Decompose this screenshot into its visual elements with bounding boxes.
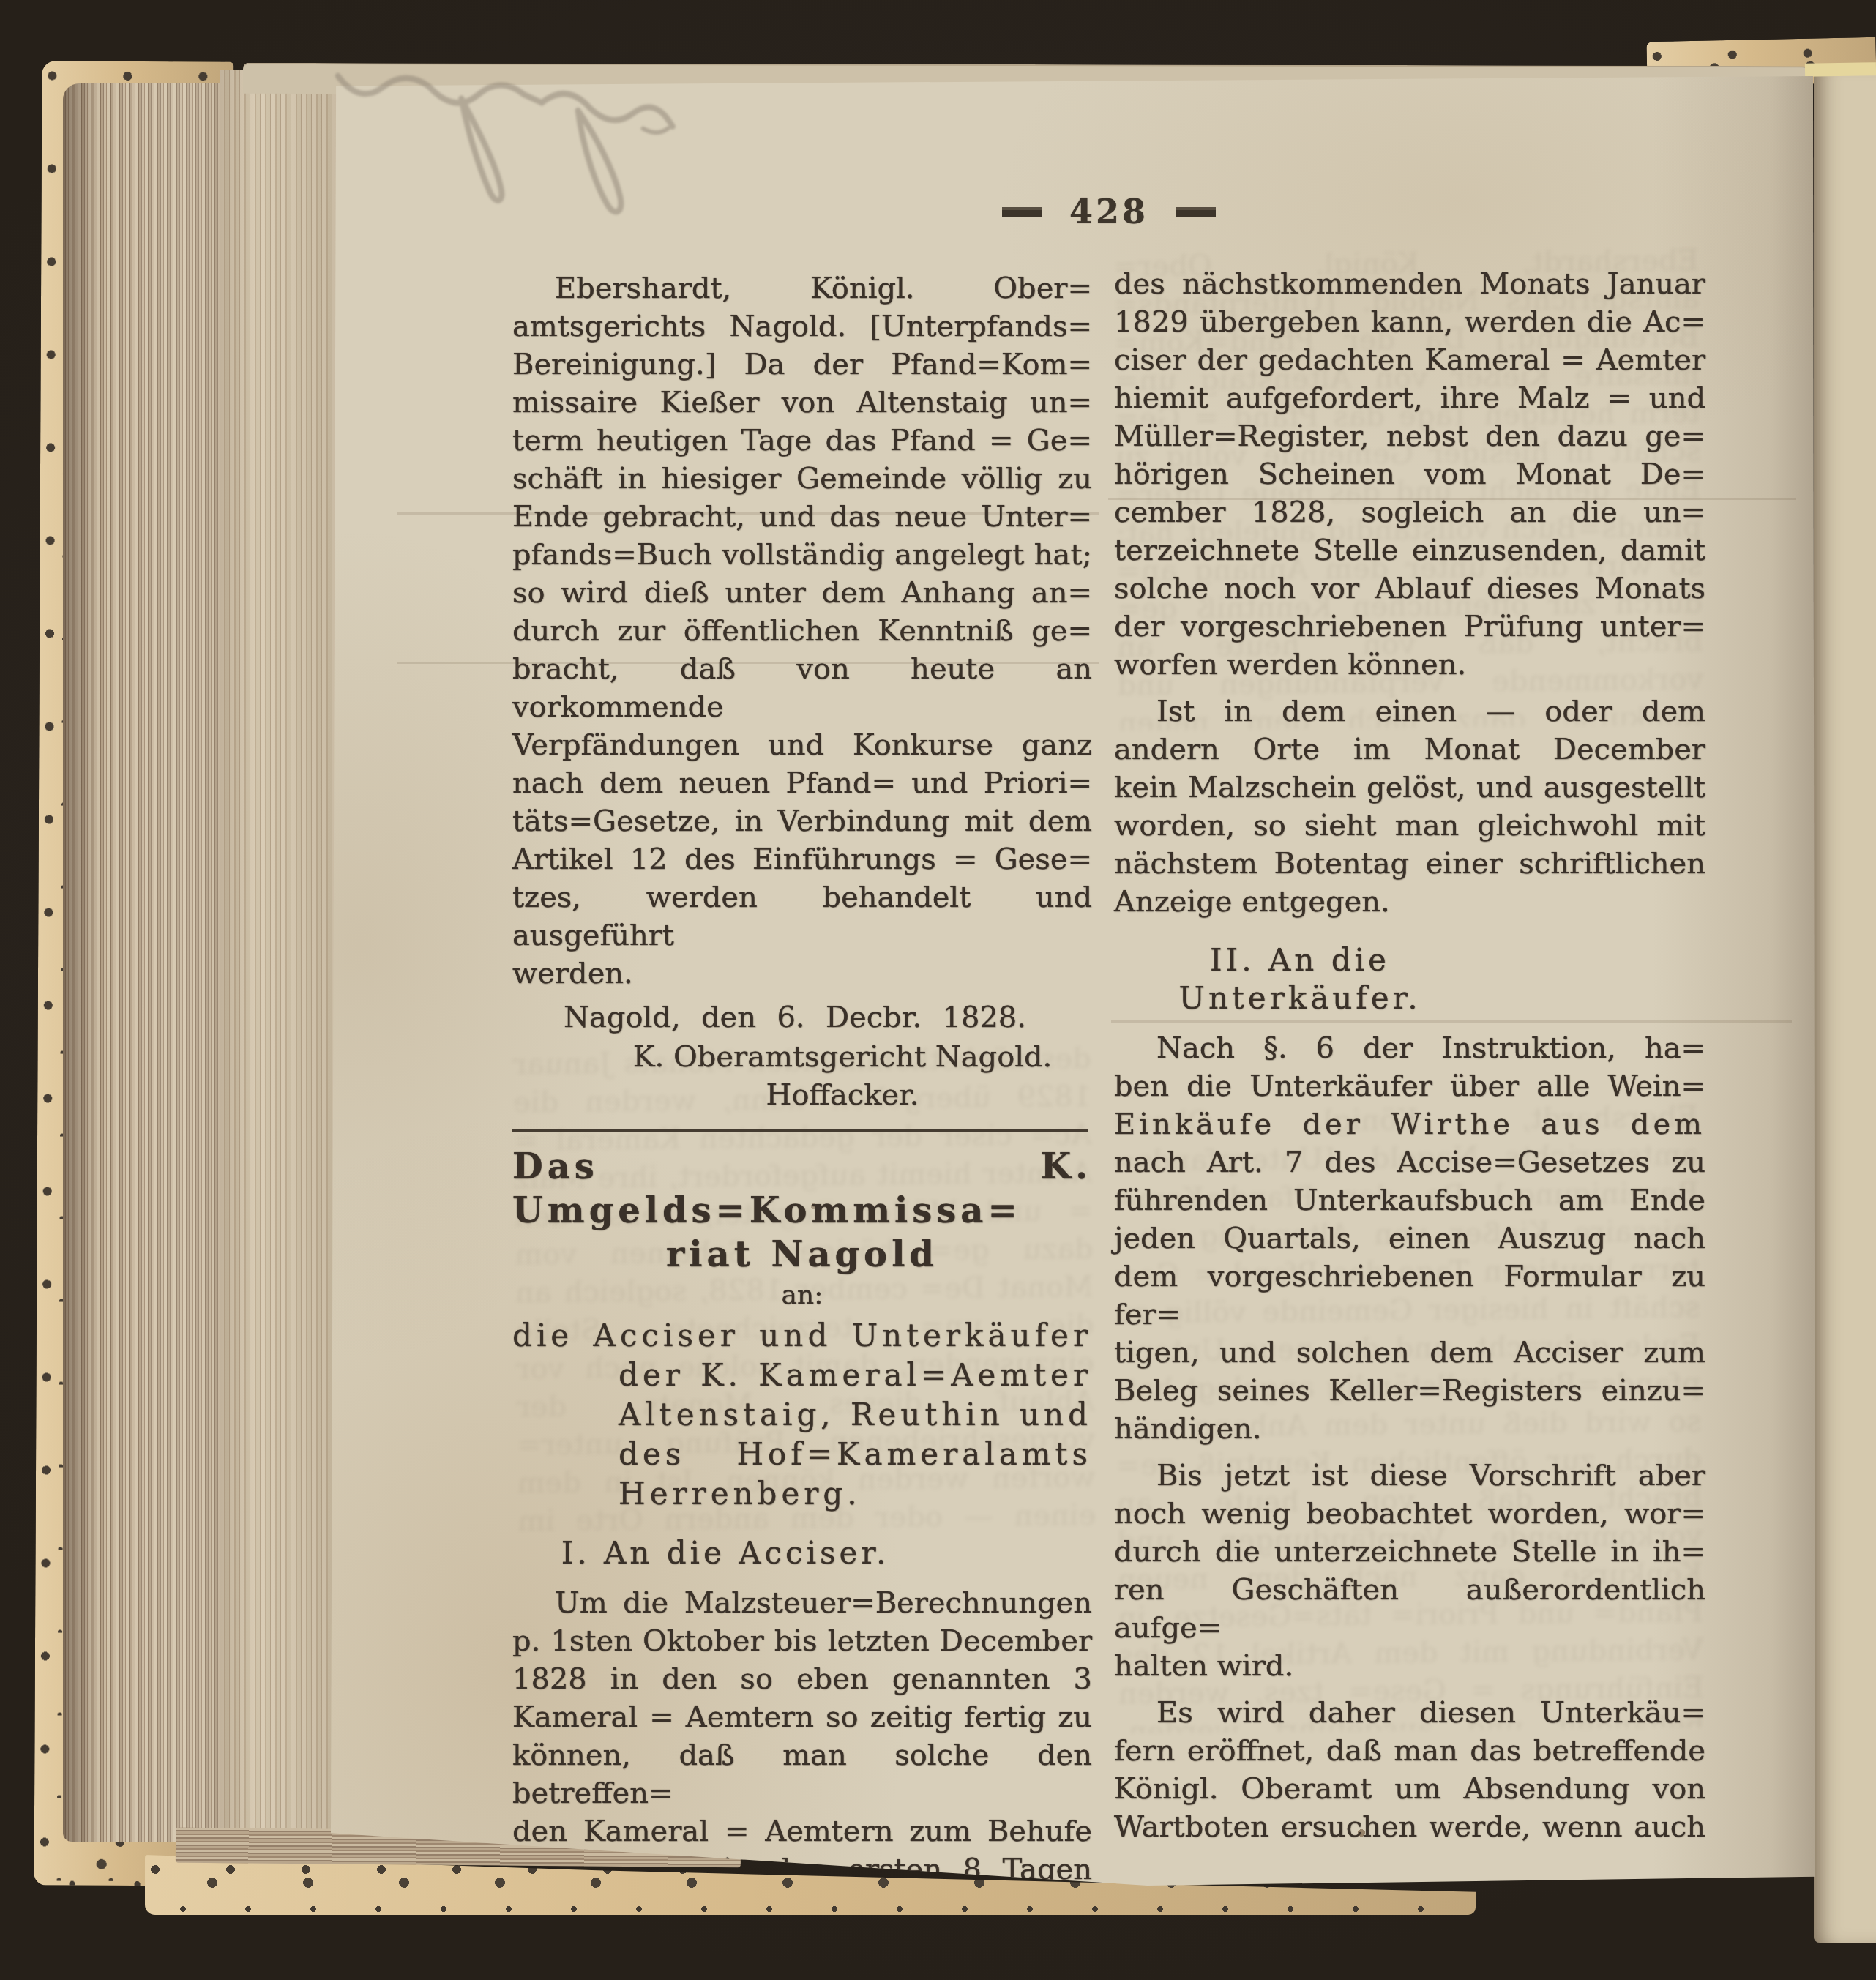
text-block-para: Es wird daher diesen Unterkäu=fern eröff… — [1114, 1694, 1705, 1846]
text-block-h2: I. An die Acciser. — [512, 1534, 1092, 1572]
text-line: der vorgeschriebenen Prüfung unter= — [1114, 608, 1705, 646]
text-block-para: Ebershardt, Königl. Ober=amtsgerichts Na… — [512, 269, 1092, 993]
text-line: ren Geschäften außerordentlich aufge= — [1114, 1571, 1705, 1647]
text-line: des nächstkommenden Monats Januar — [1114, 265, 1705, 303]
text-line: können, daß man solche den betreffen= — [512, 1736, 1092, 1812]
text-line: Beleg seines Keller=Registers einzu= — [1114, 1372, 1705, 1410]
header-right-dash — [1176, 207, 1216, 217]
text-line: cember 1828, sogleich an die un= — [1114, 493, 1705, 531]
text-line: kein Malzschein gelöst, und ausgestellt — [1114, 769, 1705, 807]
text-line: werden. — [512, 954, 1092, 993]
text-line: dem vorgeschriebenen Formular zu fer= — [1114, 1258, 1705, 1334]
text-line: täts=Gesetze, in Verbindung mit dem — [512, 802, 1092, 840]
text-line: terzeichnete Stelle einzusenden, damit — [1114, 531, 1705, 569]
text-line: Ist in dem einen — oder dem — [1114, 692, 1705, 731]
text-line: missaire Kießer von Altenstaig un= — [512, 384, 1092, 422]
text-block-para: Nach §. 6 der Instruktion, ha=ben die Un… — [1114, 1029, 1705, 1448]
text-block-h2: II. An die Unterkäufer. — [1114, 941, 1705, 1017]
handwriting-ink-bleed — [321, 48, 694, 217]
text-line: tigen, und solchen dem Acciser zum — [1114, 1334, 1705, 1372]
text-line: ciser der gedachten Kameral = Aemter — [1114, 341, 1705, 379]
text-line: Hoffacker. — [593, 1076, 1092, 1114]
text-line: ben die Unterkäufer über alle Wein= — [1114, 1067, 1705, 1105]
column-divider-rule — [512, 1129, 1088, 1132]
text-line: Ende gebracht, und das neue Unter= — [512, 498, 1092, 536]
text-line: I. An die Acciser. — [512, 1534, 938, 1572]
text-line: pfands=Buch vollständig angelegt hat; — [512, 536, 1092, 574]
text-line: bracht, daß von heute an vorkommende — [512, 650, 1092, 726]
text-line: term heutigen Tage das Pfand = Ge= — [512, 422, 1092, 460]
text-line: worfen werden können. — [1114, 646, 1705, 684]
page-header: 428 — [937, 186, 1281, 237]
text-line: worden, so sieht man gleichwohl mit — [1114, 807, 1705, 845]
text-line: die Acciser und Unterkäufer — [512, 1316, 1092, 1356]
text-block-para: Bis jetzt ist diese Vorschrift abernoch … — [1114, 1457, 1705, 1685]
text-line: den Kameral = Aemtern zum Behufe — [512, 1812, 1092, 1850]
text-column-left: Ebershardt, Königl. Ober=amtsgerichts Na… — [512, 269, 1092, 1886]
page-number: 428 — [1069, 192, 1148, 231]
text-line: Kameral = Aemtern so zeitig fertig zu — [512, 1698, 1092, 1736]
text-line: riat Nagold — [512, 1233, 1092, 1277]
text-line: so wird dieß unter dem Anhang an= — [512, 574, 1092, 612]
text-line: Verpfändungen und Konkurse ganz — [512, 726, 1092, 764]
text-line: hörigen Scheinen vom Monat De= — [1114, 455, 1705, 493]
text-line: hiemit aufgefordert, ihre Malz = und — [1114, 379, 1705, 417]
text-block-para: Um die Malzsteuer=Berechnungenp. 1sten O… — [512, 1584, 1092, 1886]
facing-page-gutter — [1814, 67, 1876, 1943]
text-line: Nach §. 6 der Instruktion, ha= — [1114, 1029, 1705, 1067]
text-line: tzes, werden behandelt und ausgeführt — [512, 878, 1092, 954]
text-line: des Hof=Kameralamts — [619, 1435, 1092, 1474]
text-line: Altenstaig, Reuthin und — [619, 1395, 1092, 1435]
text-line: Wartboten ersuchen werde, wenn auch — [1114, 1808, 1705, 1846]
text-line: noch wenig beobachtet worden, wor= — [1114, 1495, 1705, 1533]
text-line: durch die unterzeichnete Stelle in ih= — [1114, 1533, 1705, 1571]
text-line: Das K. Umgelds=Kommissa= — [512, 1145, 1092, 1233]
text-line: nach Art. 7 des Accise=Gesetzes zu — [1114, 1143, 1705, 1181]
text-line: halten wird. — [1114, 1647, 1705, 1685]
text-line: II. An die Unterkäufer. — [1114, 941, 1486, 1017]
text-block-date: Nagold, den 6. Decbr. 1828. — [512, 998, 1092, 1036]
text-line: an: — [512, 1277, 1092, 1315]
text-line: Bereinigung.] Da der Pfand=Kom= — [512, 345, 1092, 384]
text-line: Einkäufe der Wirthe aus dem — [1114, 1105, 1705, 1143]
text-line: jeden Quartals, einen Auszug nach — [1114, 1219, 1705, 1258]
text-line: der K. Kameral=Aemter — [619, 1356, 1092, 1395]
text-line: andern Orte im Monat December — [1114, 731, 1705, 769]
text-line: Nagold, den 6. Decbr. 1828. — [512, 998, 1092, 1036]
text-line: K. Oberamtsgericht Nagold. — [593, 1038, 1092, 1076]
header-left-dash — [1002, 207, 1042, 217]
text-block-para: des nächstkommenden Monats Januar1829 üb… — [1114, 265, 1705, 684]
text-line: schäft in hiesiger Gemeinde völlig zu — [512, 460, 1092, 498]
book-page-428: des nächstkommenden Monats Januar 1829 ü… — [331, 76, 1815, 1886]
text-block-h1: Das K. Umgelds=Kommissa=riat Nagoldan: — [512, 1145, 1092, 1315]
text-line: Königl. Oberamt um Absendung von — [1114, 1770, 1705, 1808]
text-line: nächstem Botentag einer schriftlichen — [1114, 845, 1705, 883]
text-line: p. 1sten Oktober bis letzten December — [512, 1622, 1092, 1660]
stacked-page-edges — [220, 70, 348, 1845]
text-line: händigen. — [1114, 1410, 1705, 1448]
text-line: amtsgerichts Nagold. [Unterpfands= — [512, 307, 1092, 345]
text-block-addr: die Acciser und Unterkäuferder K. Kamera… — [512, 1316, 1092, 1514]
text-line: Herrenberg. — [619, 1474, 1092, 1514]
scanned-book-photo: des nächstkommenden Monats Januar 1829 ü… — [0, 0, 1876, 1980]
text-line: nach dem neuen Pfand= und Priori= — [512, 764, 1092, 802]
text-line: Bis jetzt ist diese Vorschrift aber — [1114, 1457, 1705, 1495]
page-surface: des nächstkommenden Monats Januar 1829 ü… — [331, 76, 1815, 1886]
text-line: durch zur öffentlichen Kenntniß ge= — [512, 612, 1092, 650]
text-line: solche noch vor Ablauf dieses Monats — [1114, 569, 1705, 608]
text-line: Es wird daher diesen Unterkäu= — [1114, 1694, 1705, 1732]
facing-page-top-edge — [1805, 62, 1876, 77]
text-line: führenden Unterkaufsbuch am Ende — [1114, 1181, 1705, 1219]
text-block-sig: K. Oberamtsgericht Nagold.Hoffacker. — [512, 1038, 1092, 1114]
text-line: Artikel 12 des Einführungs = Gese= — [512, 840, 1092, 878]
text-column-right: des nächstkommenden Monats Januar1829 üb… — [1114, 265, 1705, 1846]
text-line: 1828 in den so eben genannten 3 — [512, 1660, 1092, 1698]
text-block-para: Ist in dem einen — oder demandern Orte i… — [1114, 692, 1705, 921]
text-line: 1829 übergeben kann, werden die Ac= — [1114, 303, 1705, 341]
text-line: Ebershardt, Königl. Ober= — [512, 269, 1092, 307]
text-line: fern eröffnet, daß man das betreffende — [1114, 1732, 1705, 1770]
text-line: Müller=Register, nebst den dazu ge= — [1114, 417, 1705, 455]
text-line: Um die Malzsteuer=Berechnungen — [512, 1584, 1092, 1622]
text-line: Anzeige entgegen. — [1114, 883, 1705, 921]
